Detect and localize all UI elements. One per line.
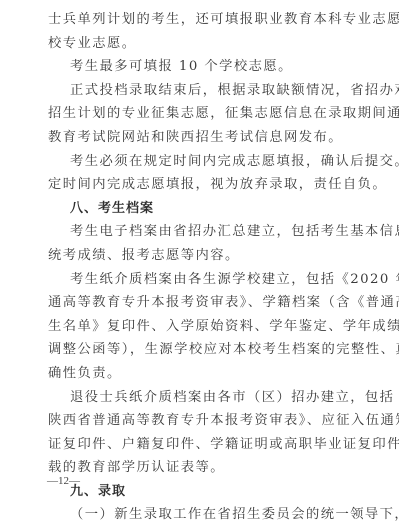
text-line: 校专业志愿。 (48, 32, 354, 56)
text-line: 招生计划的专业征集志愿，征集志愿信息在录取期间通过陕西省 (48, 102, 354, 126)
text-line: 考生必须在规定时间内完成志愿填报，确认后提交。未在规 (48, 150, 354, 174)
page-number: —12— (47, 475, 80, 487)
text-line: 载的教育部学历认证表等。 (48, 456, 354, 480)
text-line: （一）新生录取工作在省招生委员会的统一领导下，由省教 (48, 503, 354, 527)
text-line: 定时间内完成志愿填报，视为放弃录取，责任自负。 (48, 173, 354, 197)
text-line: 生名单》复印件、入学原始资料、学年鉴定、学年成绩表、专业 (48, 315, 354, 339)
text-line: 考生最多可填报 10 个学校志愿。 (48, 55, 354, 79)
text-line: 士兵单列计划的考生，还可填报职业教育本科专业志愿和普通高 (48, 8, 354, 32)
section-heading-student-archives: 八、考生档案 (48, 197, 354, 221)
text-line: 确性负责。 (48, 362, 354, 386)
text-line: 通高等教育专升本报考资审表》、学籍档案（含《普通高校录取新 (48, 291, 354, 315)
text-line: 考生纸介质档案由各生源学校建立，包括《2020 年陕西省普 (48, 268, 354, 292)
text-line: 退役士兵纸介质档案由各市（区）招办建立，包括《2020 年 (48, 386, 354, 410)
section-heading-admission: 九、录取 (48, 480, 354, 504)
text-line: 正式投档录取结束后，根据录取缺额情况，省招办对未完成 (48, 79, 354, 103)
text-line: 统考成绩、报考志愿等内容。 (48, 244, 354, 268)
text-line: 考生电子档案由省招办汇总建立，包括考生基本信息、照片、 (48, 220, 354, 244)
text-line: 调整公函等），生源学校应对本校考生档案的完整性、真实性、准 (48, 338, 354, 362)
text-line: 教育考试院网站和陕西招生考试信息网发布。 (48, 126, 354, 150)
text-line: 陕西省普通高等教育专升本报考资审表》、应征入伍通知书和退役 (48, 409, 354, 433)
text-line: 证复印件、户籍复印件、学籍证明或高职毕业证复印件、网上下 (48, 433, 354, 457)
document-page: 士兵单列计划的考生，还可填报职业教育本科专业志愿和普通高 校专业志愿。 考生最多… (48, 8, 354, 527)
